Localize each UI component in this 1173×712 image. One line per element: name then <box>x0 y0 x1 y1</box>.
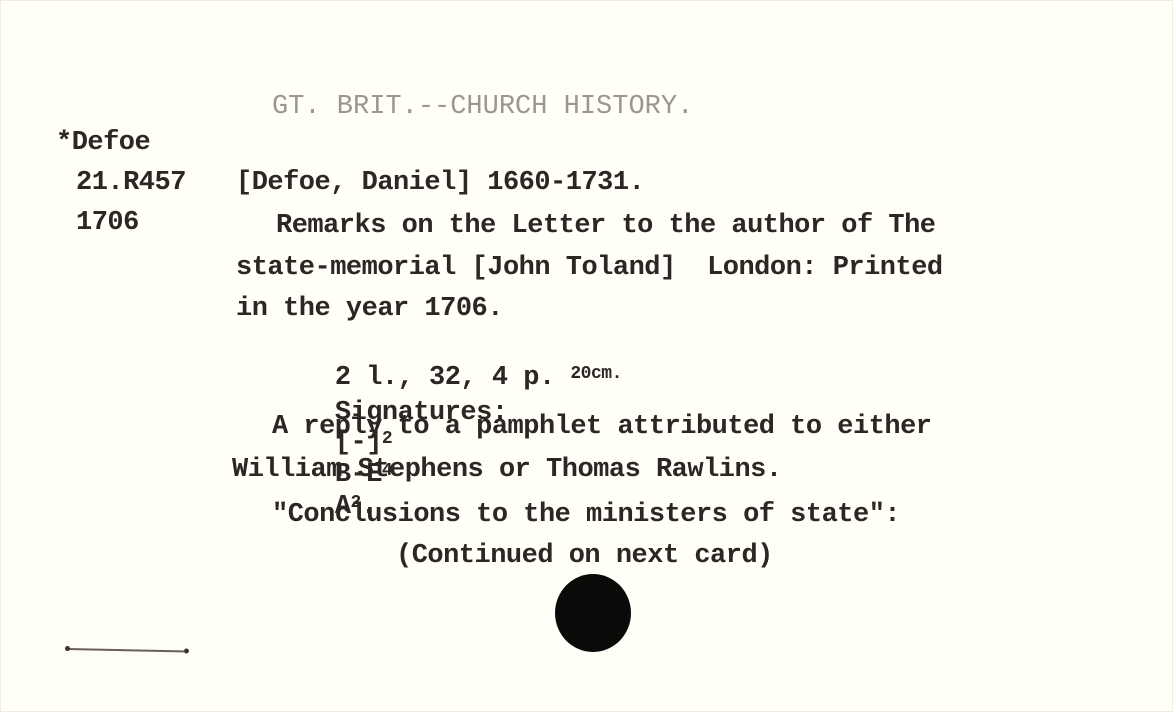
note-line-2: William Stephens or Thomas Rawlins. <box>232 455 782 485</box>
catalog-card: GT. BRIT.--CHURCH HISTORY. *Defoe 21.R45… <box>0 0 1173 712</box>
call-year: 1706 <box>76 208 139 238</box>
collation-size: 20cm. <box>570 364 622 384</box>
call-number: 21.R457 <box>76 168 186 198</box>
pencil-mark <box>67 648 187 653</box>
continued-note: (Continued on next card) <box>396 541 773 571</box>
note-line-3: "Conclusions to the ministers of state": <box>272 500 900 530</box>
main-entry: [Defoe, Daniel] 1660-1731. <box>236 168 644 198</box>
title-line-2: state-memorial [John Toland] London: Pri… <box>236 253 943 283</box>
note-line-1: A reply to a pamphlet attributed to eith… <box>272 412 932 442</box>
title-line-1: Remarks on the Letter to the author of T… <box>276 211 936 241</box>
subject-heading: GT. BRIT.--CHURCH HISTORY. <box>272 92 693 122</box>
location-mark: *Defoe <box>56 128 150 158</box>
punch-hole <box>555 574 631 652</box>
title-line-3: in the year 1706. <box>236 294 503 324</box>
